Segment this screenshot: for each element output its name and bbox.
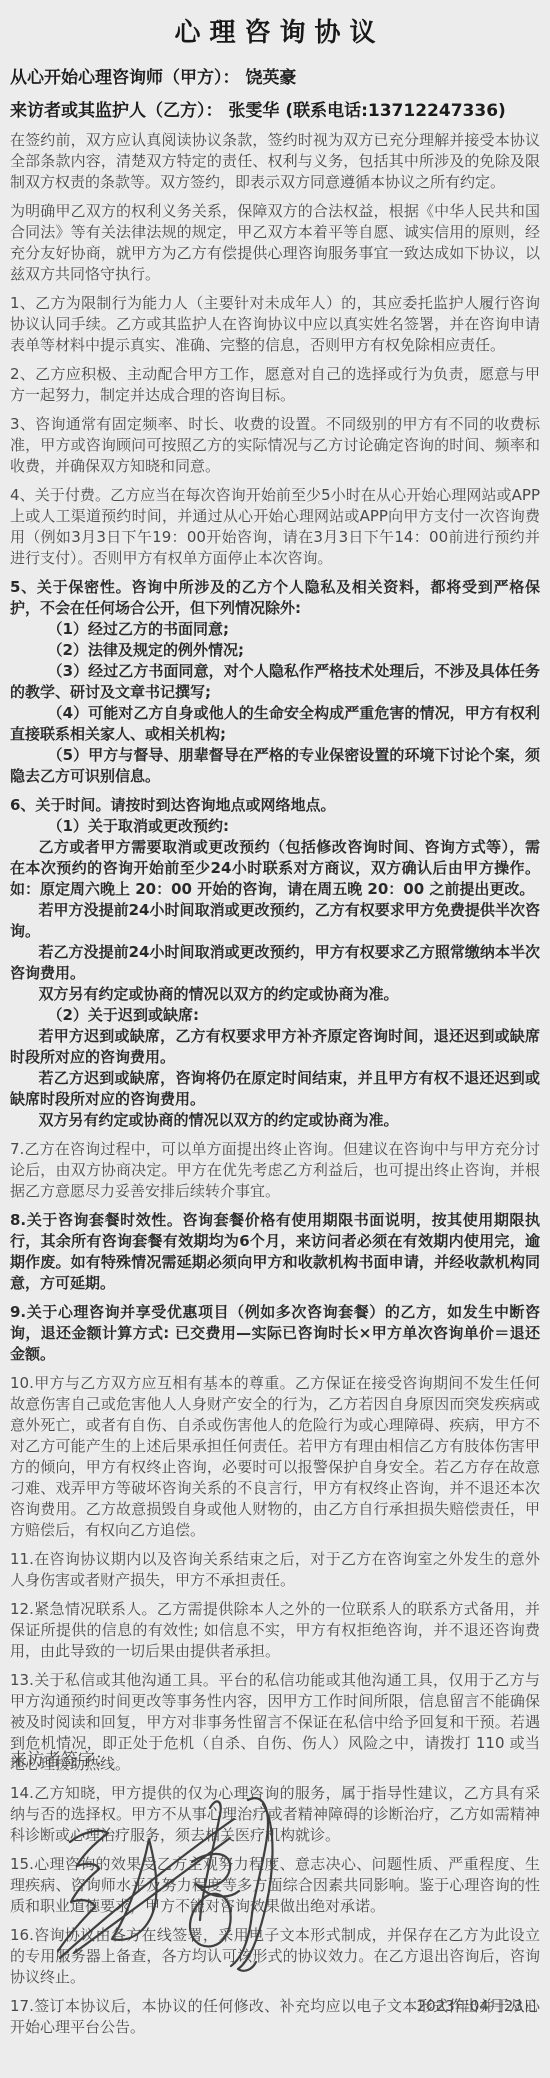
clause-12: 12.紧急情况联系人。乙方需提供除本人之外的一位联系人的联系方式备用，并保证所提… <box>10 1599 540 1662</box>
signature-date: 2023年04月23日 <box>417 1995 538 2016</box>
clause-3: 3、咨询通常有固定频率、时长、收费的设置。不同级别的甲方有不同的收费标准，甲方或… <box>10 414 540 477</box>
clause-5-item-5: （5）甲方与督导、朋辈督导在严格的专业保密设置的环境下讨论个案，须隐去乙方可识别… <box>10 745 540 787</box>
clause-7: 7.乙方在咨询过程中，可以单方面提出终止咨询。但建议在咨询中与甲方充分讨论后，由… <box>10 1139 540 1202</box>
clause-5: 5、关于保密性。咨询中所涉及的乙方个人隐私及相关资料，都将受到严格保护，不会在任… <box>10 577 540 619</box>
clause-6-item-2-text-3: 双方另有约定或协商的情况以双方的约定或协商为准。 <box>10 1110 540 1131</box>
handwritten-signature <box>52 1792 282 1982</box>
clause-1: 1、乙方为限制行为能力人（主要针对未成年人）的，其应委托监护人履行咨询协议认同手… <box>10 293 540 356</box>
document-content: 心理咨询协议 从心开始心理咨询师（甲方）： 饶英豪 来访者或其监护人（乙方）： … <box>0 0 550 2038</box>
clause-11: 11.在咨询协议期内以及咨询关系结束之后，对于乙方在咨询室之外发生的意外人身伤害… <box>10 1549 540 1591</box>
clause-6-item-1-text-2: 若甲方没提前24小时间取消或更改预约，乙方有权要求甲方免费提供半次咨询。 <box>10 900 540 942</box>
clause-6-item-1-text-4: 双方另有约定或协商的情况以双方的约定或协商为准。 <box>10 984 540 1005</box>
signature-label: 来访者签字： <box>10 1745 112 1770</box>
clause-5-item-4: （4）可能对乙方自身或他人的生命安全构成严重危害的情况，甲方有权利直接联系相关家… <box>10 703 540 745</box>
counselor-party-line: 从心开始心理咨询师（甲方）： 饶英豪 <box>10 67 540 89</box>
clause-6: 6、关于时间。请按时到达咨询地点或网络地点。 <box>10 795 540 816</box>
clause-4: 4、关于付费。乙方应当在每次咨询开始前至少5小时在从心开始心理网站或APP上或人… <box>10 485 540 569</box>
intro-paragraph-2: 为明确甲乙双方的权利义务关系，保障双方的合法权益，根据《中华人民共和国合同法》等… <box>10 201 540 285</box>
clause-5-item-2: （2）法律及规定的例外情况; <box>10 640 540 661</box>
clause-6-item-2-title: （2）关于迟到或缺席: <box>10 1005 540 1026</box>
clause-10: 10.甲方与乙方双方应互相有基本的尊重。乙方保证在接受咨询期间不发生任何故意伤害… <box>10 1373 540 1541</box>
client-party-line: 来访者或其监护人（乙方）： 张雯华 (联系电话:13712247336) <box>10 100 540 122</box>
clause-6-item-1-text-3: 若乙方没提前24小时间取消或更改预约，甲方有权要求乙方照常缴纳本半次咨询费用。 <box>10 942 540 984</box>
clause-6-item-1-text-1: 乙方或者甲方需要取消或更改预约（包括修改咨询时间、咨询方式等），需在本次预约的咨… <box>10 837 540 900</box>
clause-6-item-2-text-2: 若乙方迟到或缺席，咨询将仍在原定时间结束，并且甲方有权不退还迟到或缺席时段所对应… <box>10 1068 540 1110</box>
clause-9: 9.关于心理咨询并享受优惠项目（例如多次咨询套餐）的乙方，如发生中断咨询，退还金… <box>10 1302 540 1365</box>
clause-5-item-1: （1）经过乙方的书面同意; <box>10 619 540 640</box>
clause-8: 8.关于咨询套餐时效性。咨询套餐价格有使用期限书面说明，按其使用期限执行，其余所… <box>10 1210 540 1294</box>
page-title: 心理咨询协议 <box>10 12 540 49</box>
clause-2: 2、乙方应积极、主动配合甲方工作，愿意对自己的选择或行为负责，愿意与甲方一起努力… <box>10 364 540 406</box>
agreement-document: 心理咨询协议 从心开始心理咨询师（甲方）： 饶英豪 来访者或其监护人（乙方）： … <box>0 0 550 2078</box>
intro-paragraph-1: 在签约前，双方应认真阅读协议条款，签约时视为双方已充分理解并接受本协议全部条款内… <box>10 130 540 193</box>
clause-6-item-1-title: （1）关于取消或更改预约: <box>10 816 540 837</box>
clause-6-item-2-text-1: 若甲方迟到或缺席，乙方有权要求甲方补齐原定咨询时间，退还迟到或缺席时段所对应的咨… <box>10 1026 540 1068</box>
clause-5-item-3: （3）经过乙方书面同意，对个人隐私作严格技术处理后，不涉及具体任务的教学、研讨及… <box>10 661 540 703</box>
